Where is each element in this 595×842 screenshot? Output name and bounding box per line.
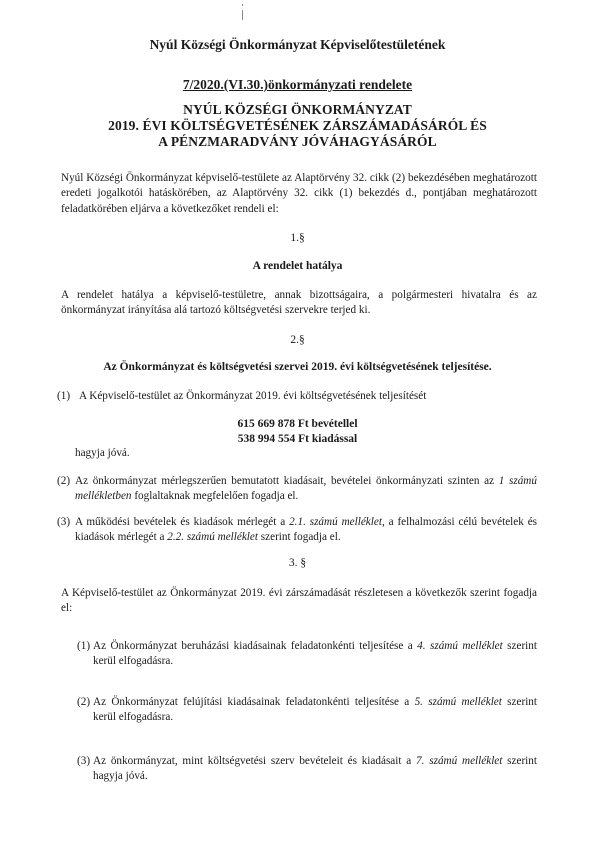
scan-mark: [242, 10, 243, 20]
decree-number: 7/2020.(VI.30.)önkormányzati rendelete: [0, 77, 595, 93]
item-number: (2): [57, 474, 70, 489]
annex-reference: 2.1. számú melléklet: [289, 516, 382, 528]
annex-reference: 5. számú melléklet: [415, 696, 502, 708]
list-item: (1) A Képviselő-testület az Önkormányzat…: [57, 389, 537, 404]
item-text: Az önkormányzat mérlegszerűen bemutatott…: [57, 474, 537, 505]
section-number: 2.§: [0, 334, 595, 346]
section-number: 3. §: [0, 557, 595, 569]
list-item: (1) Az Önkormányzat beruházási kiadásain…: [77, 639, 537, 670]
list-item: (2) Az Önkormányzat felújítási kiadásain…: [77, 695, 537, 726]
item-number: (1): [57, 389, 70, 404]
list-item: (3) Az önkormányzat, mint költségvetési …: [77, 754, 537, 785]
title-line: A PÉNZMARADVÁNY JÓVÁHAGYÁSÁRÓL: [0, 134, 595, 150]
item-number: (1): [77, 639, 90, 654]
item-number: (2): [77, 695, 90, 710]
section-number: 1.§: [0, 232, 595, 244]
section-title: A rendelet hatálya: [0, 260, 595, 272]
annex-reference: 2.2. számú melléklet: [167, 531, 258, 543]
section-intro: A Képviselő-testület az Önkormányzat 201…: [61, 586, 537, 617]
document-title: NYÚL KÖZSÉGI ÖNKORMÁNYZAT 2019. ÉVI KÖLT…: [0, 102, 595, 150]
title-line: NYÚL KÖZSÉGI ÖNKORMÁNYZAT: [0, 102, 595, 118]
item-text: Az önkormányzat, mint költségvetési szer…: [77, 754, 537, 785]
item-number: (3): [57, 515, 70, 530]
revenue-amount: 615 669 878 Ft bevétellel: [0, 417, 595, 432]
section-text: A rendelet hatálya a képviselő-testületr…: [61, 288, 537, 319]
item-text: A működési bevételek és kiadások mérlegé…: [57, 515, 537, 546]
item-text: Az Önkormányzat felújítási kiadásainak f…: [77, 695, 537, 726]
list-item: (3) A működési bevételek és kiadások mér…: [57, 515, 537, 546]
item-number: (3): [77, 754, 90, 769]
item-closing: hagyja jóvá.: [75, 447, 130, 459]
section-title: Az Önkormányzat és költségvetési szervei…: [0, 361, 595, 373]
expense-amount: 538 994 554 Ft kiadással: [0, 432, 595, 447]
scan-mark: [242, 4, 243, 6]
title-line: 2019. ÉVI KÖLTSÉGVETÉSÉNEK ZÁRSZÁMADÁSÁR…: [0, 118, 595, 134]
annex-reference: 4. számú melléklet: [417, 640, 503, 652]
list-item: (2) Az önkormányzat mérlegszerűen bemuta…: [57, 474, 537, 505]
item-text: Az Önkormányzat beruházási kiadásainak f…: [77, 639, 537, 670]
annex-reference: 7. számú melléklet: [416, 755, 502, 767]
council-heading: Nyúl Községi Önkormányzat Képviselőtestü…: [0, 37, 595, 53]
item-text: A Képviselő-testület az Önkormányzat 201…: [57, 389, 537, 404]
preamble: Nyúl Községi Önkormányzat képviselő-test…: [61, 171, 537, 217]
